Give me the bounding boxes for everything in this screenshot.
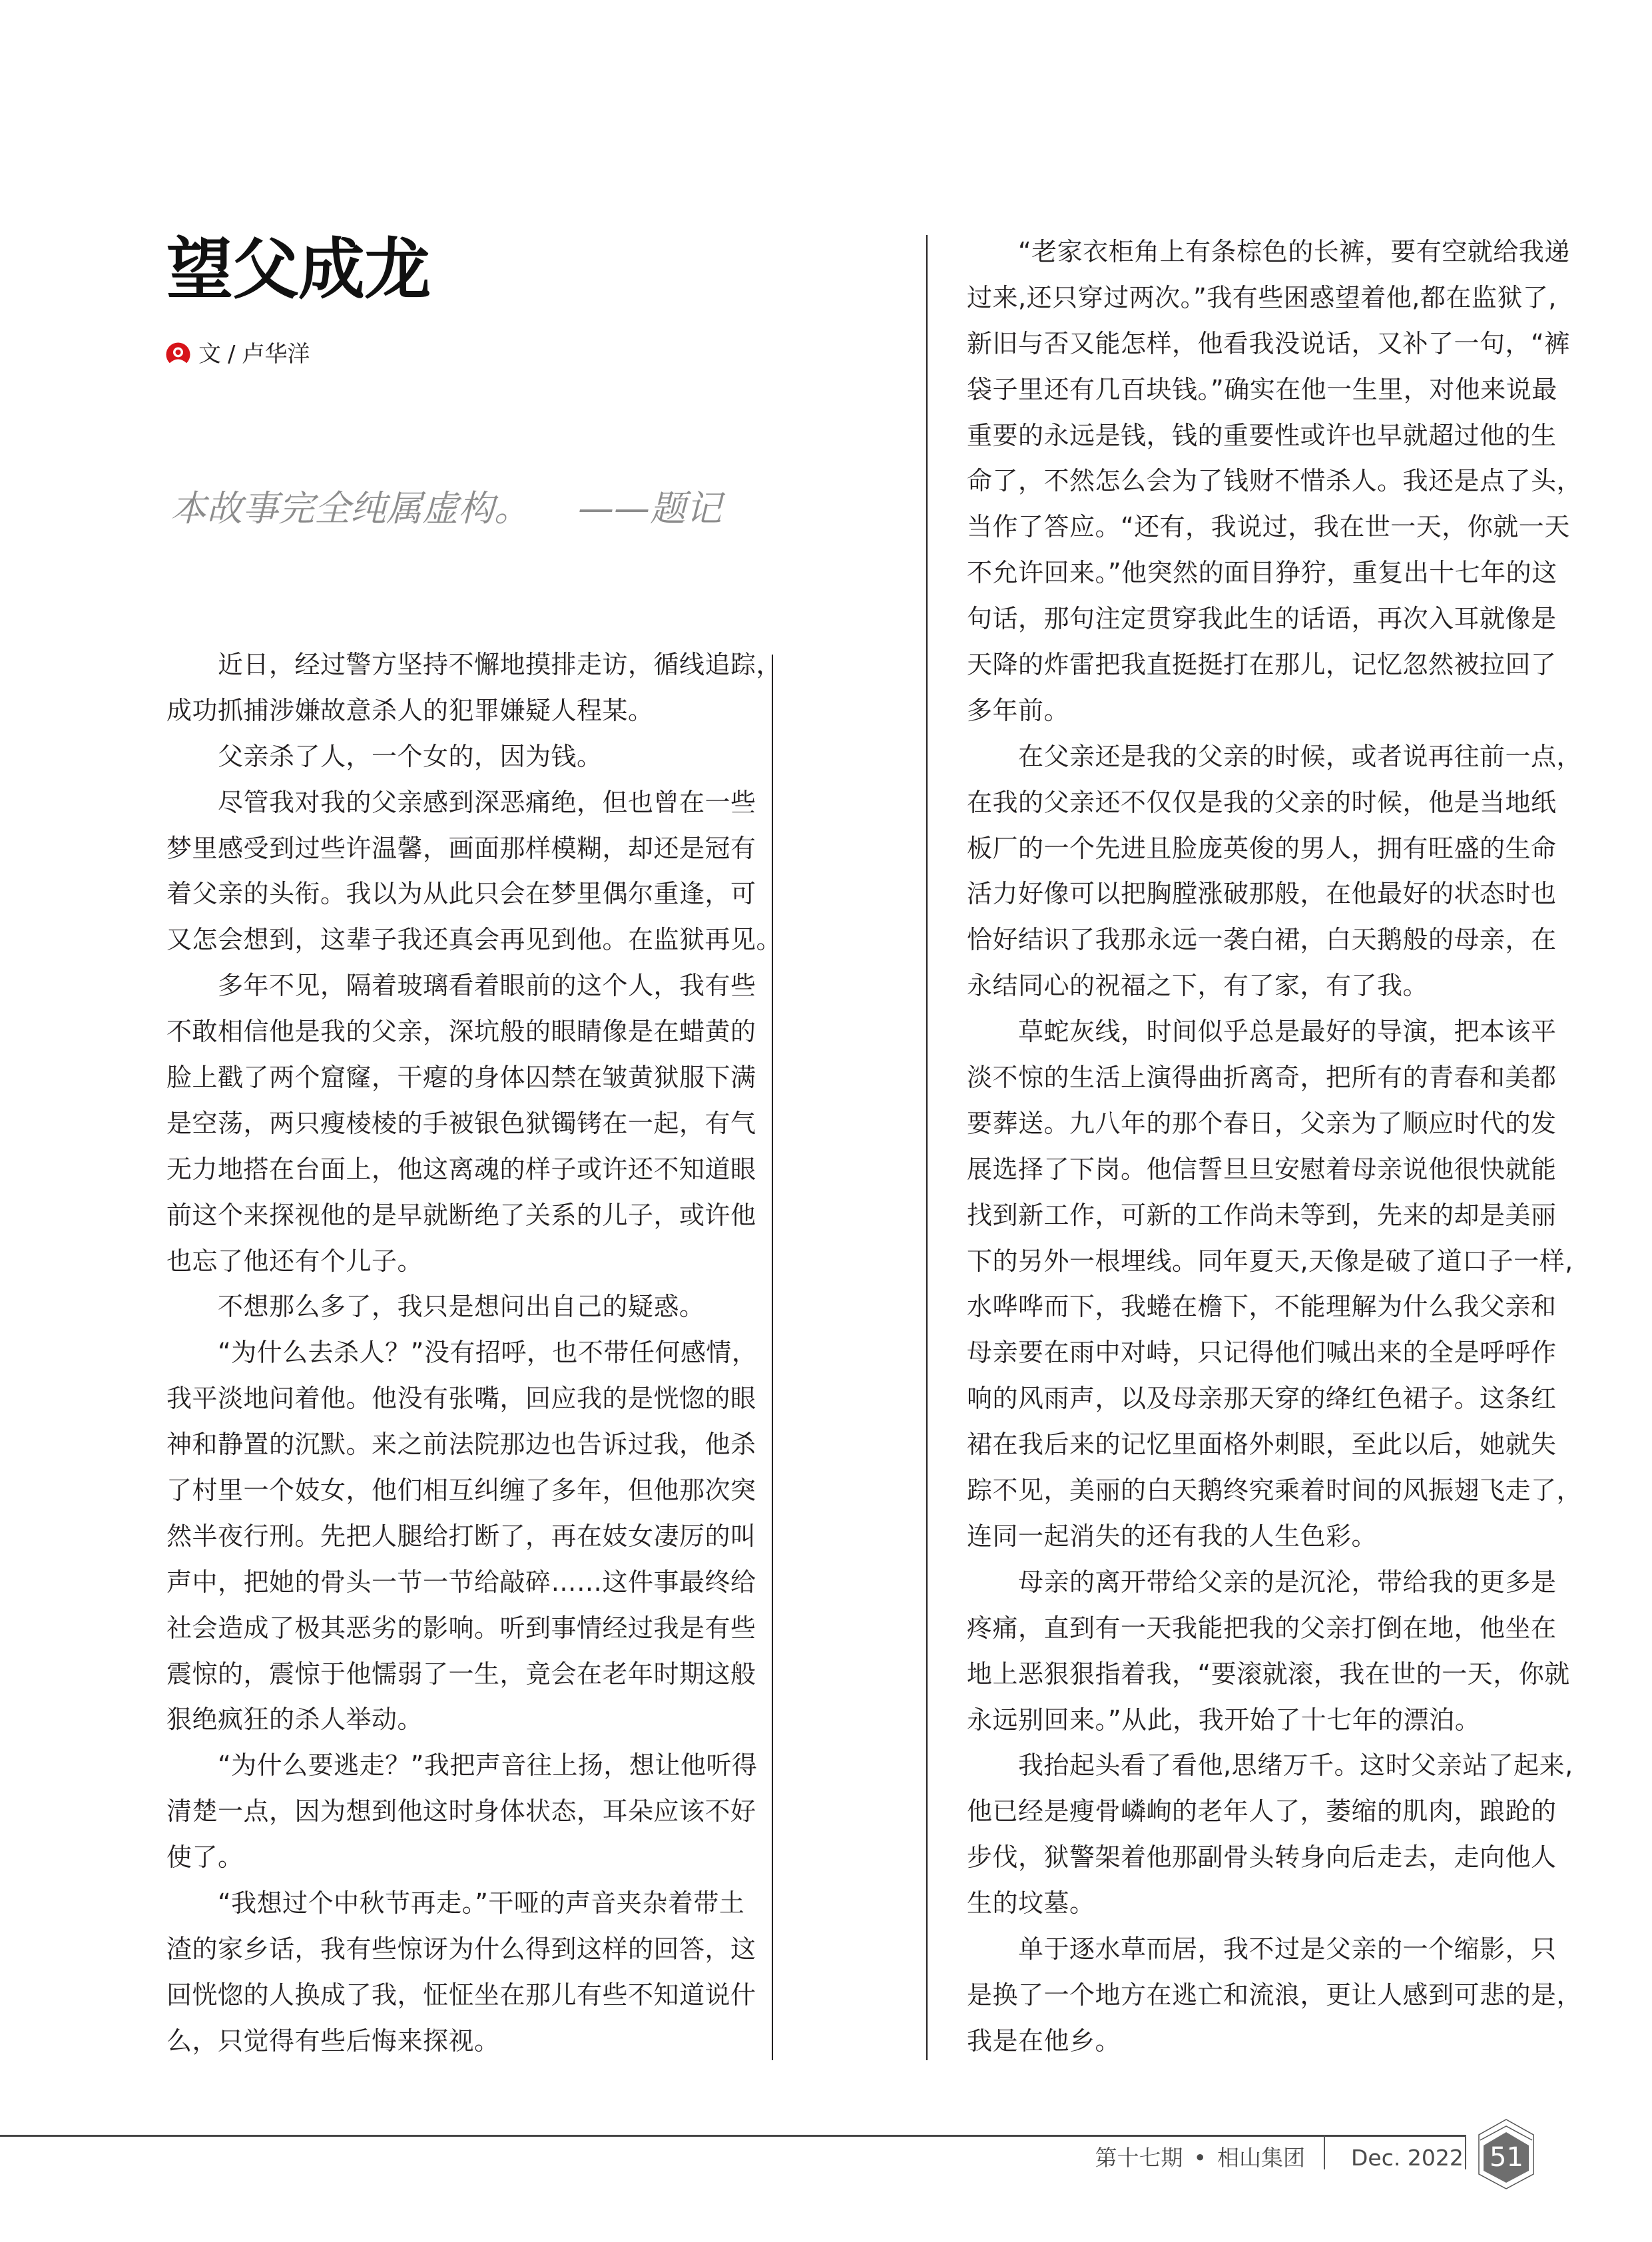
page-number-badge: 51 (1475, 2117, 1538, 2192)
text-line: 成功抓捕涉嫌故意杀人的犯罪嫌疑人程某。 (166, 688, 731, 734)
text-line: 展选择了下岗。他信誓旦旦安慰着母亲说他很快就能 (967, 1147, 1531, 1193)
text-line: 永远别回来。”从此，我开始了十七年的漂泊。 (967, 1697, 1531, 1743)
text-line: 是换了一个地方在逃亡和流浪，更让人感到可悲的是， (967, 1972, 1531, 2018)
text-line: 踪不见，美丽的白天鹅终究乘着时间的风振翅飞走了， (967, 1468, 1531, 1514)
author-avatar-icon (166, 342, 190, 367)
text-line: 不允许回来。”他突然的面目狰狞，重复出十七年的这 (967, 550, 1531, 596)
text-line: 然半夜行刑。先把人腿给打断了，再在妓女凄厉的叫 (166, 1514, 731, 1559)
text-line: 板厂的一个先进且脸庞英俊的男人，拥有旺盛的生命 (967, 826, 1531, 872)
paragraph: 单于逐水草而居，我不过是父亲的一个缩影，只 是换了一个地方在逃亡和流浪，更让人感… (967, 1926, 1531, 2064)
text-line: 我抬起头看了看他,思绪万千。这时父亲站了起来, (967, 1743, 1531, 1789)
text-line: 了村里一个妓女，他们相互纠缠了多年，但他那次突 (166, 1468, 731, 1514)
text-line: 地上恶狠狠指着我，“要滚就滚，我在世的一天，你就 (967, 1651, 1531, 1697)
text-line: 要葬送。九八年的那个春日，父亲为了顺应时代的发 (967, 1101, 1531, 1147)
text-line: 前这个来探视他的是早就断绝了关系的儿子，或许他 (166, 1193, 731, 1239)
text-line: “老家衣柜角上有条棕色的长裤，要有空就给我递 (967, 229, 1531, 275)
text-line: 永结同心的祝福之下，有了家，有了我。 (967, 963, 1531, 1009)
text-line: 父亲杀了人，一个女的，因为钱。 (166, 734, 731, 780)
paragraph: 近日，经过警方坚持不懈地摸排走访，循线追踪， 成功抓捕涉嫌故意杀人的犯罪嫌疑人程… (166, 642, 731, 734)
byline-role: 文 (198, 341, 221, 368)
text-line: 是空荡，两只瘦棱棱的手被银色狱镯铐在一起，有气 (166, 1101, 731, 1147)
text-line: 脸上戳了两个窟窿，干瘪的身体囚禁在皱黄狱服下满 (166, 1055, 731, 1101)
paragraph: 多年不见，隔着玻璃看着眼前的这个人，我有些 不敢相信他是我的父亲，深坑般的眼睛像… (166, 963, 731, 1284)
paragraph: 母亲的离开带给父亲的是沉沦，带给我的更多是 疼痛，直到有一天我能把我的父亲打倒在… (967, 1559, 1531, 1743)
text-line: 母亲要在雨中对峙，只记得他们喊出来的全是呼呼作 (967, 1330, 1531, 1376)
text-line: 不想那么多了，我只是想问出自己的疑惑。 (166, 1284, 731, 1330)
text-line: 当作了答应。“还有，我说过，我在世一天，你就一天 (967, 504, 1531, 550)
text-line: 恰好结识了我那永远一袭白裙，白天鹅般的母亲，在 (967, 917, 1531, 963)
text-line: 母亲的离开带给父亲的是沉沦，带给我的更多是 (967, 1559, 1531, 1605)
text-line: 疼痛，直到有一天我能把我的父亲打倒在地，他坐在 (967, 1605, 1531, 1651)
text-line: 又怎会想到，这辈子我还真会再见到他。在监狱再见。 (166, 917, 731, 963)
text-line: 重要的永远是钱，钱的重要性或许也早就超过他的生 (967, 413, 1531, 459)
epigraph-text: 本故事完全纯属虚构。 (170, 487, 530, 529)
text-line: 声中，把她的骨头一节一节给敲碎……这件事最终给 (166, 1559, 731, 1605)
text-line: 裙在我后来的记忆里面格外刺眼，至此以后，她就失 (967, 1422, 1531, 1468)
text-line: 着父亲的头衔。我以为从此只会在梦里偶尔重逢，可 (166, 871, 731, 917)
text-line: 下的另外一根埋线。同年夏天,天像是破了道口子一样, (967, 1239, 1531, 1284)
bullet-separator: • (1194, 2145, 1207, 2171)
issue-number: 第十七期 (1095, 2145, 1183, 2171)
text-line: 梦里感受到过些许温馨，画面那样模糊，却还是冠有 (166, 826, 731, 872)
footer-rule (0, 2135, 1466, 2137)
text-line: 他已经是瘦骨嶙峋的老年人了，萎缩的肌肉，踉跄的 (967, 1789, 1531, 1834)
footer-separator (1465, 2135, 1466, 2169)
paragraph: 草蛇灰线，时间似乎总是最好的导演，把本该平 淡不惊的生活上演得曲折离奇，把所有的… (967, 1009, 1531, 1559)
paragraph: 父亲杀了人，一个女的，因为钱。 (166, 734, 731, 780)
text-line: 神和静置的沉默。来之前法院那边也告诉过我，他杀 (166, 1422, 731, 1468)
footer-issue-info: 第十七期•相山集团 (999, 2147, 1305, 2169)
text-line: 命了，不然怎么会为了钱财不惜杀人。我还是点了头， (967, 458, 1531, 504)
text-line: 渣的家乡话，我有些惊讶为什么得到这样的回答，这 (166, 1926, 731, 1972)
text-line: 连同一起消失的还有我的人生色彩。 (967, 1514, 1531, 1559)
text-line: 水哗哗而下，我蜷在檐下，不能理解为什么我父亲和 (967, 1284, 1531, 1330)
text-line: 单于逐水草而居，我不过是父亲的一个缩影，只 (967, 1926, 1531, 1972)
text-line: 狠绝疯狂的杀人举动。 (166, 1697, 731, 1743)
text-line: 步伐，狱警架着他那副骨头转身向后走去，走向他人 (967, 1834, 1531, 1880)
text-line: 在我的父亲还不仅仅是我的父亲的时候，他是当地纸 (967, 780, 1531, 826)
text-line: 在父亲还是我的父亲的时候，或者说再往前一点， (967, 734, 1531, 780)
issue-date: Dec. 2022 (1351, 2147, 1464, 2169)
text-line: 么，只觉得有些后悔来探视。 (166, 2018, 731, 2064)
article-title: 望父成龙 (166, 234, 430, 304)
text-line: 找到新工作，可新的工作尚未等到，先来的却是美丽 (967, 1193, 1531, 1239)
byline-text: 文/卢华洋 (198, 342, 310, 367)
page-number: 51 (1475, 2117, 1538, 2197)
right-column: “老家衣柜角上有条棕色的长裤，要有空就给我递 过来,还只穿过两次。”我有些困惑望… (967, 229, 1531, 2064)
footer-separator (1324, 2135, 1325, 2169)
text-line: 回恍惚的人换成了我，怔怔坐在那儿有些不知道说什 (166, 1972, 731, 2018)
column-divider-right (926, 235, 928, 2060)
column-divider-left (772, 655, 773, 2060)
text-line: 生的坟墓。 (967, 1880, 1531, 1926)
epigraph: 本故事完全纯属虚构。——题记 (170, 491, 722, 527)
text-line: 天降的炸雷把我直挺挺打在那儿，记忆忽然被拉回了 (967, 642, 1531, 688)
text-line: 响的风雨声，以及母亲那天穿的绛红色裙子。这条红 (967, 1376, 1531, 1422)
text-line: 无力地搭在台面上，他这离魂的样子或许还不知道眼 (166, 1147, 731, 1193)
text-line: 过来,还只穿过两次。”我有些困惑望着他,都在监狱了, (967, 275, 1531, 321)
text-line: 活力好像可以把胸膛涨破那般，在他最好的状态时也 (967, 871, 1531, 917)
paragraph: “为什么要逃走？”我把声音往上扬，想让他听得 清楚一点，因为想到他这时身体状态，… (166, 1743, 731, 1880)
text-line: 新旧与否又能怎样，他看我没说话，又补了一句，“裤 (967, 321, 1531, 367)
paragraph: 在父亲还是我的父亲的时候，或者说再往前一点， 在我的父亲还不仅仅是我的父亲的时候… (967, 734, 1531, 1009)
text-line: 多年前。 (967, 688, 1531, 734)
text-line: “我想过个中秋节再走。”干哑的声音夹杂着带土 (166, 1880, 731, 1926)
text-line: 我平淡地问着他。他没有张嘴，回应我的是恍惚的眼 (166, 1376, 731, 1422)
paragraph: 尽管我对我的父亲感到深恶痛绝，但也曾在一些 梦里感受到过些许温馨，画面那样模糊，… (166, 780, 731, 964)
text-line: 句话，那句注定贯穿我此生的话语，再次入耳就像是 (967, 596, 1531, 642)
paragraph: “我想过个中秋节再走。”干哑的声音夹杂着带土 渣的家乡话，我有些惊讶为什么得到这… (166, 1880, 731, 2064)
paragraph: 不想那么多了，我只是想问出自己的疑惑。 (166, 1284, 731, 1330)
text-line: 淡不惊的生活上演得曲折离奇，把所有的青春和美都 (967, 1055, 1531, 1101)
left-column: 近日，经过警方坚持不懈地摸排走访，循线追踪， 成功抓捕涉嫌故意杀人的犯罪嫌疑人程… (166, 642, 731, 2064)
text-line: 社会造成了极其恶劣的影响。听到事情经过我是有些 (166, 1605, 731, 1651)
text-line: 尽管我对我的父亲感到深恶痛绝，但也曾在一些 (166, 780, 731, 826)
byline: 文/卢华洋 (166, 342, 310, 367)
text-line: 草蛇灰线，时间似乎总是最好的导演，把本该平 (967, 1009, 1531, 1055)
text-line: 震惊的，震惊于他懦弱了一生，竟会在老年时期这般 (166, 1651, 731, 1697)
byline-separator: / (228, 341, 235, 368)
publisher-name: 相山集团 (1217, 2145, 1305, 2171)
text-line: 袋子里还有几百块钱。”确实在他一生里，对他来说最 (967, 367, 1531, 413)
paragraph: “为什么去杀人？”没有招呼，也不带任何感情， 我平淡地问着他。他没有张嘴，回应我… (166, 1330, 731, 1743)
text-line: 近日，经过警方坚持不懈地摸排走访，循线追踪， (166, 642, 731, 688)
text-line: 我是在他乡。 (967, 2018, 1531, 2064)
text-line: 也忘了他还有个儿子。 (166, 1239, 731, 1284)
paragraph: “老家衣柜角上有条棕色的长裤，要有空就给我递 过来,还只穿过两次。”我有些困惑望… (967, 229, 1531, 734)
author-name: 卢华洋 (242, 341, 310, 368)
text-line: 清楚一点，因为想到他这时身体状态，耳朵应该不好 (166, 1789, 731, 1834)
epigraph-attribution: ——题记 (578, 487, 722, 529)
text-line: 多年不见，隔着玻璃看着眼前的这个人，我有些 (166, 963, 731, 1009)
text-line: “为什么去杀人？”没有招呼，也不带任何感情， (166, 1330, 731, 1376)
paragraph: 我抬起头看了看他,思绪万千。这时父亲站了起来, 他已经是瘦骨嶙峋的老年人了，萎缩… (967, 1743, 1531, 1926)
text-line: 使了。 (166, 1834, 731, 1880)
text-line: “为什么要逃走？”我把声音往上扬，想让他听得 (166, 1743, 731, 1789)
text-line: 不敢相信他是我的父亲，深坑般的眼睛像是在蜡黄的 (166, 1009, 731, 1055)
